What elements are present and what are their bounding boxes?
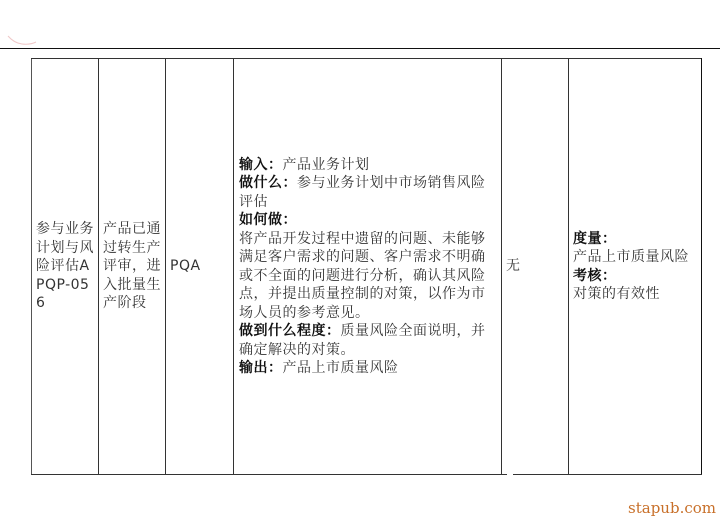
table-row: 参与业务计划与风险评估APQP-056 产品已通过转生产评审，进入批量生产阶段 … xyxy=(32,59,702,475)
watermark: stapub.com xyxy=(628,499,716,517)
entry-condition-text: 产品已通过转生产评审，进入批量生产阶段 xyxy=(103,221,161,311)
assess-label: 考核： xyxy=(573,267,697,286)
what-label: 做什么： xyxy=(239,175,297,191)
process-table: 参与业务计划与风险评估APQP-056 产品已通过转生产评审，进入批量生产阶段 … xyxy=(31,58,702,475)
input-label: 输入： xyxy=(239,157,283,173)
input-value: 产品业务计划 xyxy=(283,157,370,173)
output-label: 输出： xyxy=(239,360,283,376)
assess-value: 对策的有效性 xyxy=(573,285,697,304)
template-text: 无 xyxy=(506,258,521,274)
how-label: 如何做： xyxy=(239,211,497,230)
measure-value: 产品上市质量风险 xyxy=(573,248,697,267)
role-text: PQA xyxy=(170,258,201,274)
input-line: 输入：产品业务计划 xyxy=(239,156,497,175)
measure-label: 度量： xyxy=(573,230,697,249)
output-line: 输出：产品上市质量风险 xyxy=(239,359,497,378)
activity-cell: 参与业务计划与风险评估APQP-056 xyxy=(32,59,99,475)
output-value: 产品上市质量风险 xyxy=(283,360,399,376)
details-cell: 输入：产品业务计划 做什么：参与业务计划中市场销售风险评估 如何做： 将产品开发… xyxy=(234,59,502,475)
template-cell: 无 xyxy=(502,59,569,475)
what-line: 做什么：参与业务计划中市场销售风险评估 xyxy=(239,174,497,211)
extent-line: 做到什么程度：质量风险全面说明，并确定解决的对策。 xyxy=(239,322,497,359)
border-gap xyxy=(507,473,513,476)
activity-text: 参与业务计划与风险评估APQP-056 xyxy=(36,221,94,311)
header-rule xyxy=(0,48,720,49)
metrics-cell: 度量： 产品上市质量风险 考核： 对策的有效性 xyxy=(569,59,702,475)
entry-condition-cell: 产品已通过转生产评审，进入批量生产阶段 xyxy=(99,59,166,475)
role-cell: PQA xyxy=(166,59,234,475)
scribble-mark xyxy=(6,34,46,46)
how-value: 将产品开发过程中遗留的问题、未能够满足客户需求的问题、客户需求不明确或不全面的问… xyxy=(239,230,497,323)
extent-label: 做到什么程度： xyxy=(239,323,341,339)
